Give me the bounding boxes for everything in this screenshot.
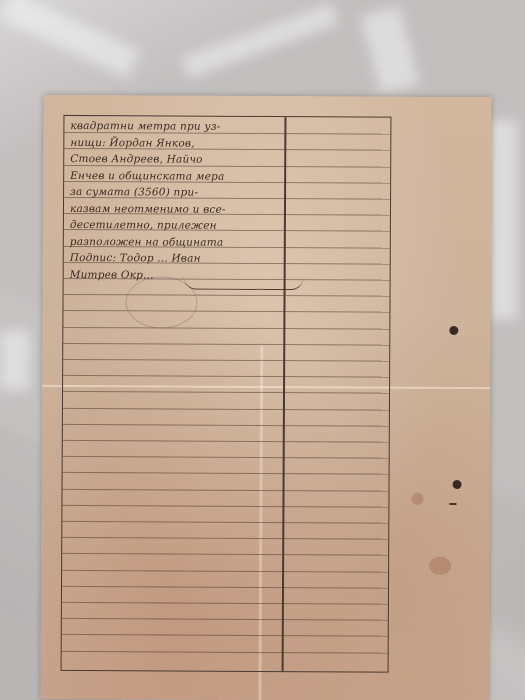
- handwritten-text: квадратни метра при уз- нищи: Йордан Янк…: [70, 118, 301, 284]
- ink-mark: [449, 503, 456, 505]
- fabric-fold: [0, 0, 140, 78]
- fabric-fold: [0, 330, 30, 390]
- table-rule: [63, 424, 389, 427]
- table-rule: [62, 553, 388, 556]
- table-rule: [62, 537, 388, 540]
- table-rule: [62, 505, 388, 508]
- stain: [411, 493, 423, 505]
- table-rule: [63, 440, 389, 443]
- punch-hole: [449, 326, 458, 335]
- table-rule: [62, 634, 388, 637]
- signature-flourish: [184, 277, 304, 291]
- table-rule: [63, 343, 389, 346]
- table-rule: [64, 294, 390, 297]
- table-rule: [62, 570, 388, 573]
- table-rule: [62, 618, 388, 621]
- handwritten-line: разположен на общината: [70, 233, 300, 251]
- table-rule: [63, 375, 389, 378]
- table-rule: [63, 456, 389, 459]
- handwritten-line: за сумата (3560) при-: [70, 184, 300, 202]
- table-rule: [63, 310, 389, 313]
- handwritten-line: Енчев и общинската мера: [70, 167, 300, 185]
- table-rule: [62, 602, 388, 605]
- table-rule: [62, 586, 388, 589]
- handwritten-line: квадратни метра при уз-: [70, 118, 300, 136]
- fabric-fold: [488, 120, 518, 320]
- ruled-table: квадратни метра при уз- нищи: Йордан Янк…: [61, 115, 392, 673]
- table-rule: [62, 521, 388, 524]
- table-rule: [63, 327, 389, 330]
- handwritten-line: десетилетно, прилежен: [70, 217, 300, 235]
- punch-hole: [453, 480, 462, 489]
- handwritten-line: казвам неотменимо и все-: [70, 200, 300, 218]
- table-rule: [63, 489, 389, 492]
- fabric-fold: [360, 6, 419, 94]
- signature-line: Подпис: Тодор ... Иван: [70, 250, 300, 268]
- table-rule: [63, 472, 389, 475]
- handwritten-line: нищи: Йордан Янков,: [70, 134, 300, 152]
- stain: [429, 557, 451, 575]
- handwritten-line: Стоев Андреев, Найчо: [70, 151, 300, 169]
- table-rule: [63, 408, 389, 411]
- table-rule: [63, 391, 389, 394]
- table-rule: [63, 359, 389, 362]
- table-rule: [62, 651, 388, 654]
- fabric-fold: [181, 3, 339, 78]
- document-page: квадратни метра при уз- нищи: Йордан Янк…: [40, 95, 491, 700]
